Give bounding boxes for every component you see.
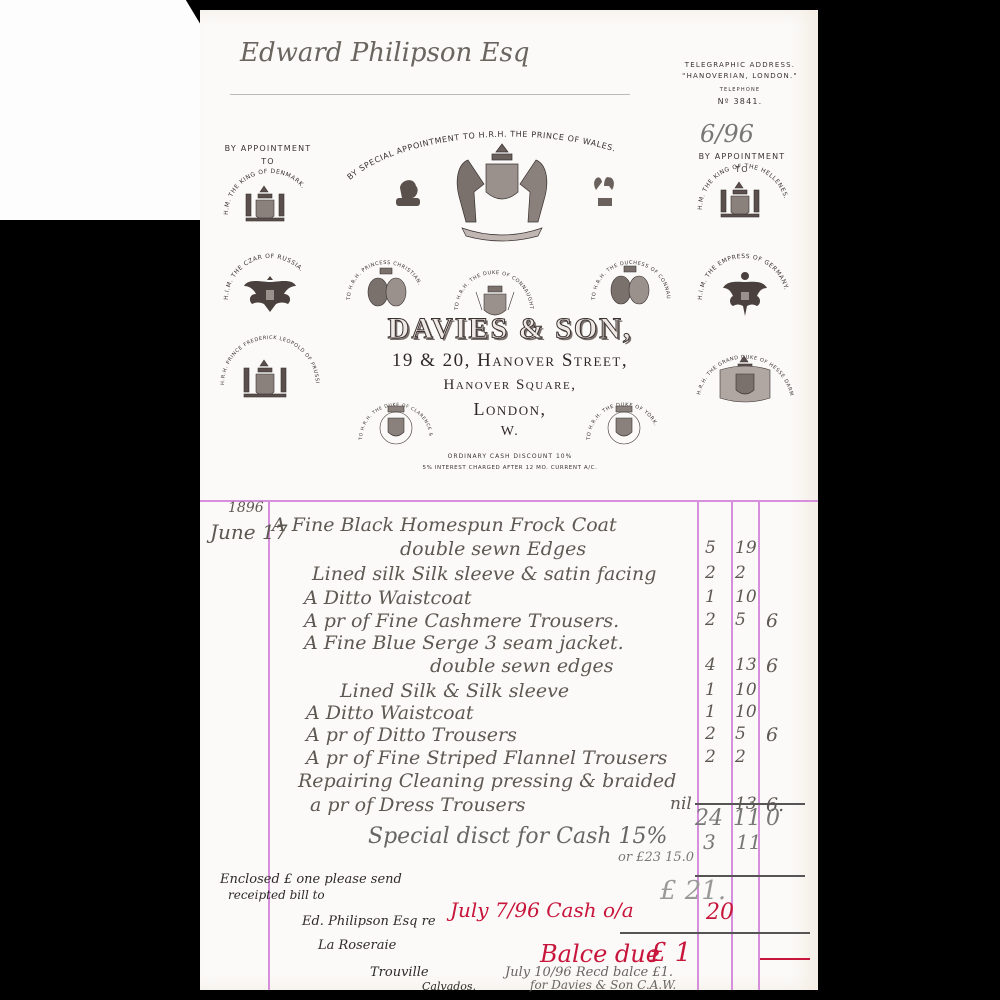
item-pounds: 1 xyxy=(705,587,716,607)
item-pounds: 4 xyxy=(705,655,716,675)
ledger-row: A Ditto Waistcoat110 xyxy=(200,587,818,609)
firm-name: DAVIES & SON, xyxy=(360,312,660,346)
ledger-row: A Fine Blue Serge 3 seam jacket. xyxy=(200,632,818,654)
payment-desc: July 7/96 Cash o/a xyxy=(450,898,634,922)
ledger-row: A pr of Fine Cashmere Trousers.256 xyxy=(200,610,818,632)
margin-note-line4: La Roseraie xyxy=(318,938,396,953)
connaught-arms-icon xyxy=(476,286,514,315)
payment-rule xyxy=(620,932,810,934)
ledger-top-rule xyxy=(200,500,818,502)
russian-eagle-icon xyxy=(244,276,296,312)
terms-discount: ORDINARY CASH DISCOUNT 10% xyxy=(360,453,660,460)
item-description: A pr of Fine Striped Flannel Trousers xyxy=(306,747,667,769)
item-pence: 6 xyxy=(766,610,778,632)
item-shillings: 19 xyxy=(735,538,757,558)
margin-note-line5: Trouville xyxy=(370,965,429,980)
payment-amount: 20 xyxy=(706,900,734,925)
item-shillings: 10 xyxy=(735,680,757,700)
item-pounds: 5 xyxy=(705,538,716,558)
prussia-arms-icon xyxy=(244,360,286,397)
item-description: A Fine Black Homespun Frock Coat xyxy=(272,514,617,536)
firm-square: Hanover Square, xyxy=(400,377,620,394)
item-description: A Ditto Waistcoat xyxy=(306,702,474,724)
item-shillings: 5 xyxy=(735,610,746,630)
item-description: double sewn edges xyxy=(430,655,613,677)
total-pence: 0 xyxy=(766,806,780,831)
ledger-row: A Ditto Waistcoat110 xyxy=(200,702,818,724)
denmark-arms-icon xyxy=(246,186,284,221)
item-pounds: nil xyxy=(670,794,692,814)
item-pounds: 1 xyxy=(705,680,716,700)
balance-dash xyxy=(760,958,810,960)
german-eagle-icon xyxy=(723,272,767,316)
item-pounds: 2 xyxy=(705,747,716,767)
item-description: A Ditto Waistcoat xyxy=(304,587,472,609)
margin-note-line2: receipted bill to xyxy=(228,888,325,902)
firm-city: London, xyxy=(400,399,620,420)
ledger-row: double sewn Edges519 xyxy=(200,538,818,560)
item-description: double sewn Edges xyxy=(400,538,586,560)
ledger-row: double sewn edges4136 xyxy=(200,655,818,677)
total-shillings: 11 xyxy=(733,806,761,831)
discount-shillings: 11 xyxy=(736,830,761,854)
item-pounds: 2 xyxy=(705,724,716,744)
item-description: Lined silk Silk sleeve & satin facing xyxy=(312,563,656,585)
ledger-row: Lined silk Silk sleeve & satin facing22 xyxy=(200,563,818,585)
margin-note-line3: Ed. Philipson Esq re xyxy=(302,914,436,929)
item-pounds: 2 xyxy=(705,563,716,583)
prince-of-wales-feathers-icon xyxy=(594,177,614,206)
item-shillings: 10 xyxy=(735,702,757,722)
item-shillings: 5 xyxy=(735,724,746,744)
margin-note-line1: Enclosed £ one please send xyxy=(220,872,402,887)
duchess-connaught-arms-icon xyxy=(611,266,649,304)
ledger-row: A Fine Black Homespun Frock Coat xyxy=(200,514,818,536)
discount-pounds: 3 xyxy=(703,830,716,854)
firm-street: 19 & 20, Hanover Street, xyxy=(340,350,680,372)
svg-text:BY SPECIAL APPOINTMENT TO H.R.: BY SPECIAL APPOINTMENT TO H.R.H. THE PRI… xyxy=(345,130,617,182)
invoice-sheet: Edward Philipson Esq TELEGRAPHIC ADDRESS… xyxy=(200,10,818,990)
item-shillings: 13 xyxy=(735,655,757,675)
firm-district: W. xyxy=(400,424,620,440)
item-pence: 6 xyxy=(766,655,778,677)
princess-christian-arms-icon xyxy=(368,268,406,306)
item-pounds: 2 xyxy=(705,610,716,630)
item-shillings: 2 xyxy=(735,747,746,767)
item-description: A pr of Ditto Trousers xyxy=(306,724,517,746)
total-pounds: 24 xyxy=(695,806,723,831)
item-description: a pr of Dress Trousers xyxy=(310,794,526,816)
terms-interest: 5% INTEREST CHARGED AFTER 12 MO. CURRENT… xyxy=(340,465,680,471)
item-pence: 6 xyxy=(766,724,778,746)
item-description: Repairing Cleaning pressing & braided xyxy=(298,770,676,792)
item-description: Lined Silk & Silk sleeve xyxy=(340,680,569,702)
discount-desc: Special disct for Cash 15% xyxy=(368,824,667,849)
royal-arms-icon xyxy=(457,144,547,241)
balance-desc: Balce due xyxy=(540,940,660,968)
ledger-row: Lined Silk & Silk sleeve110 xyxy=(200,680,818,702)
item-description: A pr of Fine Cashmere Trousers. xyxy=(304,610,619,632)
balance-amount: £ 1 xyxy=(650,938,691,968)
lion-crest-icon xyxy=(396,180,420,206)
item-shillings: 10 xyxy=(735,587,757,607)
discount-note: or £23 15.0 xyxy=(618,850,694,865)
item-description: A Fine Blue Serge 3 seam jacket. xyxy=(304,632,624,654)
margin-note-line6: Calvados. xyxy=(422,980,476,993)
subtotal-rule xyxy=(695,803,805,805)
item-shillings: 2 xyxy=(735,563,746,583)
ledger-row: Repairing Cleaning pressing & braided xyxy=(200,770,818,792)
ledger-row: A pr of Fine Striped Flannel Trousers22 xyxy=(200,747,818,769)
ledger-row: A pr of Ditto Trousers256 xyxy=(200,724,818,746)
item-pounds: 1 xyxy=(705,702,716,722)
receipt-note-line2: for Davies & Son C.A.W. xyxy=(530,978,676,992)
ledger-row: a pr of Dress Trousersnil136. xyxy=(200,794,818,816)
greece-arms-icon xyxy=(721,182,759,217)
